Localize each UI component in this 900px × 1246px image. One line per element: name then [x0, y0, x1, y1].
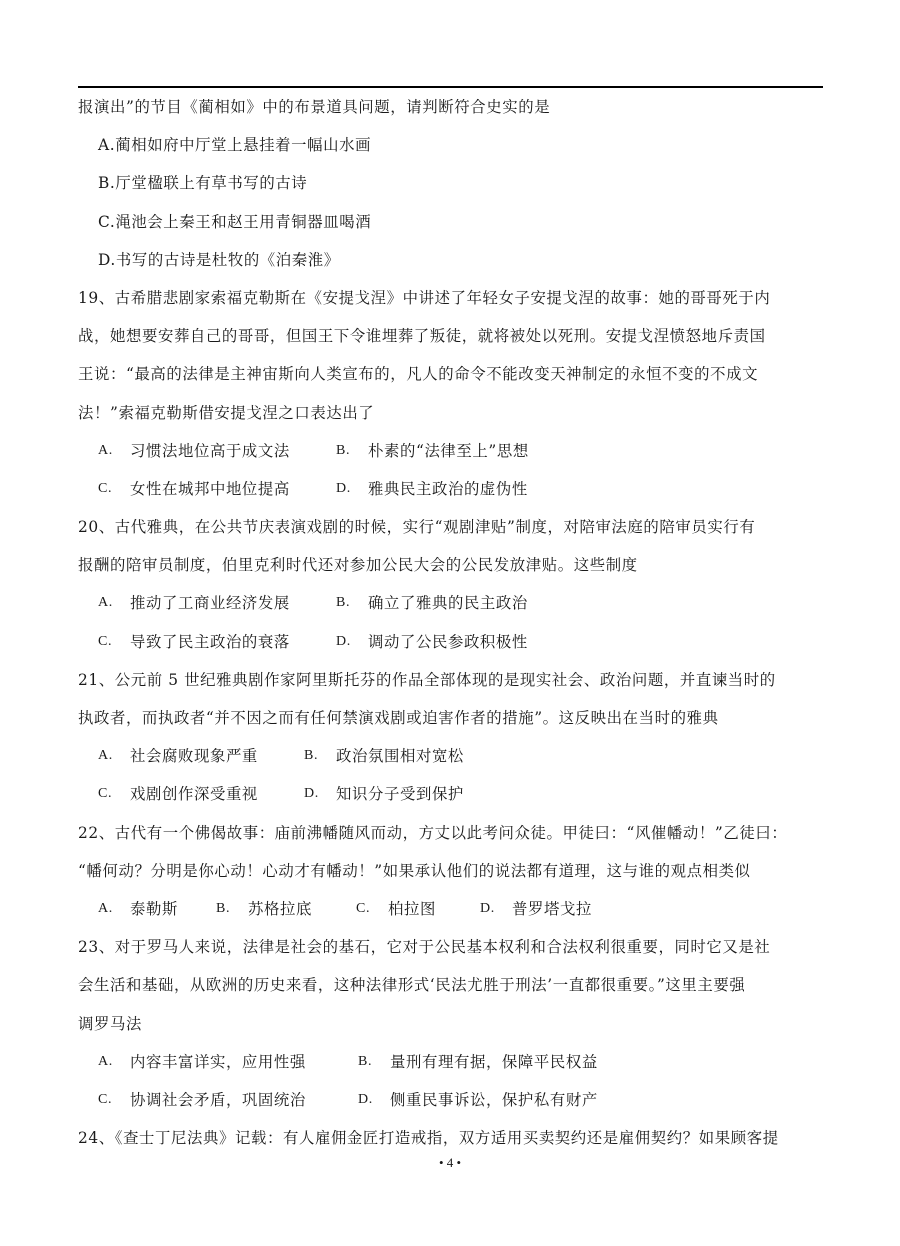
option-text: 协调社会矛盾，巩固统治 — [130, 1085, 306, 1123]
option-key: A. — [98, 436, 130, 474]
option-text: 政治氛围相对宽松 — [336, 741, 464, 779]
option-text: 侧重民事诉讼，保护私有财产 — [390, 1085, 598, 1123]
question-stem-line: 法！”索福克勒斯借安提戈涅之口表达出了 — [78, 398, 826, 436]
question-stem-line: “幡何动？分明是你心动！心动才有幡动！”如果承认他们的说法都有道理，这与谁的观点… — [78, 856, 826, 894]
option-a[interactable]: A. 习惯法地位高于成文法 — [98, 436, 336, 474]
option-text: 确立了雅典的民主政治 — [368, 588, 528, 626]
option-c[interactable]: C. 协调社会矛盾，巩固统治 — [98, 1085, 358, 1123]
option-key: D. — [358, 1085, 390, 1123]
option-text: 苏格拉底 — [248, 894, 312, 932]
option-text: 书写的古诗是杜牧的《泊秦淮》 — [116, 245, 340, 283]
option-row: C. 女性在城邦中地位提高 D. 雅典民主政治的虚伪性 — [78, 474, 826, 512]
option-key: B. — [336, 436, 368, 474]
option-row: C. 导致了民主政治的衰落 D. 调动了公民参政积极性 — [78, 627, 826, 665]
option-row: C. 戏剧创作深受重视 D. 知识分子受到保护 — [78, 779, 826, 817]
option-d[interactable]: D. 书写的古诗是杜牧的《泊秦淮》 — [78, 245, 826, 283]
option-key: A. — [98, 1047, 130, 1085]
question-stem-line: 20、古代雅典，在公共节庆表演戏剧的时候，实行“观剧津贴”制度，对陪审法庭的陪审… — [78, 512, 826, 550]
option-text: 蔺相如府中厅堂上悬挂着一幅山水画 — [115, 130, 371, 168]
question-19: 19、古希腊悲剧家索福克勒斯在《安提戈涅》中讲述了年轻女子安提戈涅的故事：她的哥… — [78, 283, 826, 512]
option-b[interactable]: B. 苏格拉底 — [216, 894, 356, 932]
option-key: D. — [98, 245, 116, 283]
option-key: D. — [336, 474, 368, 512]
option-a[interactable]: A. 泰勒斯 — [98, 894, 216, 932]
option-c[interactable]: C. 女性在城邦中地位提高 — [98, 474, 336, 512]
option-d[interactable]: D. 知识分子受到保护 — [304, 779, 464, 817]
option-text: 柏拉图 — [388, 894, 436, 932]
question-22: 22、古代有一个佛偈故事：庙前沸幡随风而动，方丈以此考问众徒。甲徒曰：“风催幡动… — [78, 818, 826, 933]
question-stem-line: 21、公元前 5 世纪雅典剧作家阿里斯托芬的作品全部体现的是现实社会、政治问题，… — [78, 665, 826, 703]
option-text: 雅典民主政治的虚伪性 — [368, 474, 528, 512]
option-text: 知识分子受到保护 — [336, 779, 464, 817]
option-text: 调动了公民参政积极性 — [368, 627, 528, 665]
question-stem-line: 会生活和基础，从欧洲的历史来看，这种法律形式‘民法尤胜于刑法’一直都很重要。”这… — [78, 970, 826, 1008]
option-b[interactable]: B. 量刑有理有据，保障平民权益 — [358, 1047, 598, 1085]
option-text: 戏剧创作深受重视 — [130, 779, 258, 817]
option-text: 社会腐败现象严重 — [130, 741, 258, 779]
option-a[interactable]: A. 蔺相如府中厅堂上悬挂着一幅山水画 — [78, 130, 826, 168]
option-text: 量刑有理有据，保障平民权益 — [390, 1047, 598, 1085]
question-stem-line: 王说：“最高的法律是主神宙斯向人类宣布的，凡人的命令不能改变天神制定的永恒不变的… — [78, 359, 826, 397]
option-key: C. — [356, 894, 388, 932]
question-18-continuation: 报演出”的节目《蔺相如》中的布景道具问题，请判断符合史实的是 A. 蔺相如府中厅… — [78, 92, 826, 283]
page-number: • 4 • — [0, 1155, 900, 1171]
option-key: B. — [358, 1047, 390, 1085]
option-d[interactable]: D. 调动了公民参政积极性 — [336, 627, 528, 665]
option-text: 导致了民主政治的衰落 — [130, 627, 290, 665]
option-text: 推动了工商业经济发展 — [130, 588, 290, 626]
question-stem-line: 23、对于罗马人来说，法律是社会的基石，它对于公民基本权利和合法权利很重要，同时… — [78, 932, 826, 970]
header-rule — [78, 86, 823, 88]
option-c[interactable]: C. 渑池会上秦王和赵王用青铜器皿喝酒 — [78, 207, 826, 245]
option-row: A. 社会腐败现象严重 B. 政治氛围相对宽松 — [78, 741, 826, 779]
option-key: C. — [98, 779, 130, 817]
question-stem-line: 战，她想要安葬自己的哥哥，但国王下令谁埋葬了叛徒，就将被处以死刑。安提戈涅愤怒地… — [78, 321, 826, 359]
option-text: 厅堂楹联上有草书写的古诗 — [115, 168, 307, 206]
option-b[interactable]: B. 政治氛围相对宽松 — [304, 741, 464, 779]
option-key: C. — [98, 1085, 130, 1123]
option-a[interactable]: A. 推动了工商业经济发展 — [98, 588, 336, 626]
option-key: B. — [216, 894, 248, 932]
question-21: 21、公元前 5 世纪雅典剧作家阿里斯托芬的作品全部体现的是现实社会、政治问题，… — [78, 665, 826, 818]
option-row: C. 协调社会矛盾，巩固统治 D. 侧重民事诉讼，保护私有财产 — [78, 1085, 826, 1123]
option-text: 习惯法地位高于成文法 — [130, 436, 290, 474]
option-text: 渑池会上秦王和赵王用青铜器皿喝酒 — [115, 207, 371, 245]
option-a[interactable]: A. 社会腐败现象严重 — [98, 741, 304, 779]
option-row: A. 内容丰富详实，应用性强 B. 量刑有理有据，保障平民权益 — [78, 1047, 826, 1085]
option-c[interactable]: C. 戏剧创作深受重视 — [98, 779, 304, 817]
question-stem-line: 22、古代有一个佛偈故事：庙前沸幡随风而动，方丈以此考问众徒。甲徒曰：“风催幡动… — [78, 818, 826, 856]
option-key: A. — [98, 894, 130, 932]
option-key: D. — [480, 894, 512, 932]
option-text: 普罗塔戈拉 — [512, 894, 592, 932]
option-text: 朴素的“法律至上”思想 — [368, 436, 529, 474]
option-key: C. — [98, 207, 115, 245]
option-key: D. — [304, 779, 336, 817]
option-key: A. — [98, 741, 130, 779]
option-key: C. — [98, 627, 130, 665]
option-a[interactable]: A. 内容丰富详实，应用性强 — [98, 1047, 358, 1085]
option-key: A. — [98, 588, 130, 626]
option-b[interactable]: B. 确立了雅典的民主政治 — [336, 588, 528, 626]
option-d[interactable]: D. 普罗塔戈拉 — [480, 894, 592, 932]
option-text: 内容丰富详实，应用性强 — [130, 1047, 306, 1085]
option-key: B. — [98, 168, 115, 206]
option-key: C. — [98, 474, 130, 512]
option-row: A. 习惯法地位高于成文法 B. 朴素的“法律至上”思想 — [78, 436, 826, 474]
question-20: 20、古代雅典，在公共节庆表演戏剧的时候，实行“观剧津贴”制度，对陪审法庭的陪审… — [78, 512, 826, 665]
question-stem-line: 执政者，而执政者“并不因之而有任何禁演戏剧或迫害作者的措施”。这反映出在当时的雅… — [78, 703, 826, 741]
question-23: 23、对于罗马人来说，法律是社会的基石，它对于公民基本权利和合法权利很重要，同时… — [78, 932, 826, 1123]
option-key: B. — [304, 741, 336, 779]
question-stem-line: 报酬的陪审员制度，伯里克利时代还对参加公民大会的公民发放津贴。这些制度 — [78, 550, 826, 588]
option-row: A. 推动了工商业经济发展 B. 确立了雅典的民主政治 — [78, 588, 826, 626]
option-d[interactable]: D. 雅典民主政治的虚伪性 — [336, 474, 528, 512]
exam-page-body: 报演出”的节目《蔺相如》中的布景道具问题，请判断符合史实的是 A. 蔺相如府中厅… — [78, 92, 826, 1161]
option-key: A. — [98, 130, 115, 168]
option-text: 女性在城邦中地位提高 — [130, 474, 290, 512]
option-c[interactable]: C. 柏拉图 — [356, 894, 480, 932]
option-d[interactable]: D. 侧重民事诉讼，保护私有财产 — [358, 1085, 598, 1123]
option-text: 泰勒斯 — [130, 894, 178, 932]
question-stem-line: 19、古希腊悲剧家索福克勒斯在《安提戈涅》中讲述了年轻女子安提戈涅的故事：她的哥… — [78, 283, 826, 321]
option-key: B. — [336, 588, 368, 626]
option-b[interactable]: B. 朴素的“法律至上”思想 — [336, 436, 529, 474]
option-key: D. — [336, 627, 368, 665]
option-c[interactable]: C. 导致了民主政治的衰落 — [98, 627, 336, 665]
question-stem-line: 报演出”的节目《蔺相如》中的布景道具问题，请判断符合史实的是 — [78, 92, 826, 130]
option-b[interactable]: B. 厅堂楹联上有草书写的古诗 — [78, 168, 826, 206]
question-stem-line: 调罗马法 — [78, 1009, 826, 1047]
option-row: A. 泰勒斯 B. 苏格拉底 C. 柏拉图 D. 普罗塔戈拉 — [78, 894, 826, 932]
